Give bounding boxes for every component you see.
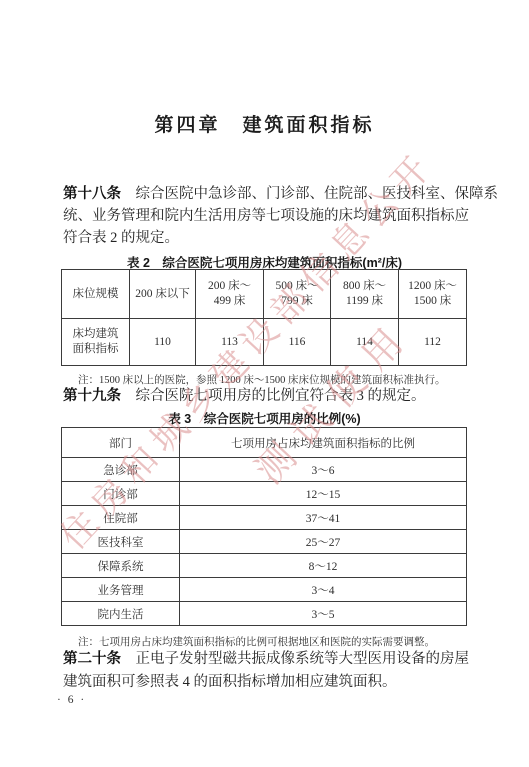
table-3-dept: 保障系统 [62,554,180,578]
article-19-text-1: 综合医院七项用房的比例宜符合表 3 的规定。 [121,388,426,404]
article-20-label: 第二十条 [63,651,121,667]
table-2-col-header: 200 床以下 [130,270,196,319]
table-3: 部门 七项用房占床均建筑面积指标的比例 急诊部 3～6 门诊部 12～15 住院… [61,427,467,626]
table-3-caption: 表 3 综合医院七项用房的比例(%) [0,409,529,427]
table-2-col-header: 800 床～1199 床 [331,270,399,319]
table-3-dept: 急诊部 [62,458,180,482]
table-2-col-header: 1200 床～1500 床 [399,270,467,319]
article-20-text-1: 正电子发射型磁共振成像系统等大型医用设备的房屋 [121,651,469,667]
table-2-value: 110 [130,319,196,366]
article-20-line-2: 建筑面积可参照表 4 的面积指标增加相应建筑面积。 [63,674,469,691]
table-row: 保障系统 8～12 [62,554,467,578]
chapter-title: 第四章 建筑面积指标 [0,110,529,137]
table-2-note: 注：1500 床以上的医院，参照 1200 床～1500 床床位规模的建筑面积标… [78,372,478,387]
table-row: 业务管理 3～4 [62,578,467,602]
page-number: · 6 · [57,694,86,706]
table-2-col-header: 500 床～799 床 [264,270,331,319]
table-3-dept: 住院部 [62,506,180,530]
table-2-value: 112 [399,319,467,366]
article-18-text-1: 综合医院中急诊部、门诊部、住院部、医技科室、保障系 [121,186,498,202]
table-row: 院内生活 3～5 [62,602,467,626]
table-3-ratio: 3～4 [180,578,467,602]
table-2-value: 116 [264,319,331,366]
table-row: 医技科室 25～27 [62,530,467,554]
table-3-ratio: 3～6 [180,458,467,482]
table-3-dept: 医技科室 [62,530,180,554]
article-20-line-1: 第二十条 正电子发射型磁共振成像系统等大型医用设备的房屋 [63,651,469,668]
article-18-line-1: 第十八条 综合医院中急诊部、门诊部、住院部、医技科室、保障系 [63,186,469,203]
table-2-corner-header: 床位规模 [62,270,130,319]
table-3-header-ratio: 七项用房占床均建筑面积指标的比例 [180,428,467,458]
article-19-line-1: 第十九条 综合医院七项用房的比例宜符合表 3 的规定。 [63,388,469,405]
table-3-dept: 门诊部 [62,482,180,506]
table-3-header-dept: 部门 [62,428,180,458]
table-3-ratio: 37～41 [180,506,467,530]
table-2-value: 114 [331,319,399,366]
table-2-row-header: 床均建筑面积指标 [62,319,130,366]
table-2-col-header: 200 床～499 床 [196,270,264,319]
document-page: 第四章 建筑面积指标 第十八条 综合医院中急诊部、门诊部、住院部、医技科室、保障… [0,0,529,767]
table-3-dept: 院内生活 [62,602,180,626]
table-2-value: 113 [196,319,264,366]
article-18-line-2: 统、业务管理和院内生活用房等七项设施的床均建筑面积指标应 [63,208,469,225]
table-3-ratio: 8～12 [180,554,467,578]
table-3-ratio: 12～15 [180,482,467,506]
article-18-line-3: 符合表 2 的规定。 [63,230,469,247]
table-row: 门诊部 12～15 [62,482,467,506]
table-2: 床位规模 200 床以下 200 床～499 床 500 床～799 床 800… [61,269,467,366]
table-3-ratio: 3～5 [180,602,467,626]
article-18-label: 第十八条 [63,186,121,202]
table-3-note: 注：七项用房占床均建筑面积指标的比例可根据地区和医院的实际需要调整。 [78,634,478,649]
table-row: 住院部 37～41 [62,506,467,530]
table-3-dept: 业务管理 [62,578,180,602]
table-3-ratio: 25～27 [180,530,467,554]
article-19-label: 第十九条 [63,388,121,404]
table-row: 急诊部 3～6 [62,458,467,482]
